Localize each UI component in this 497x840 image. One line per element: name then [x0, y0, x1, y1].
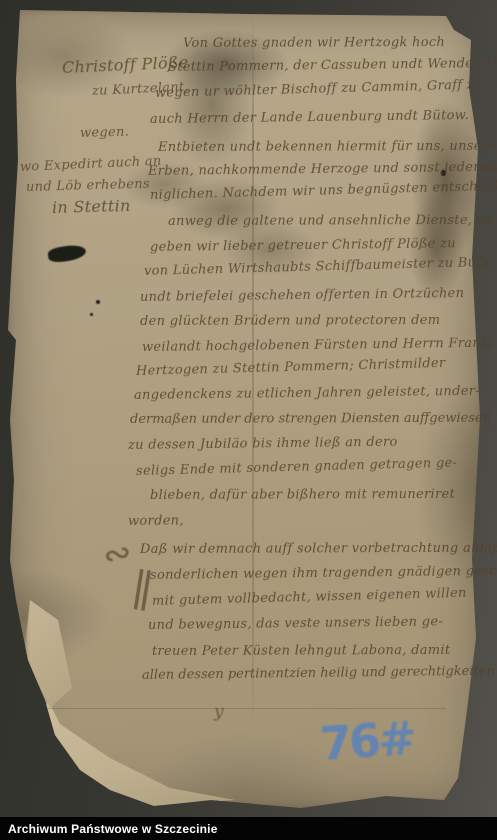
torn-corner-flap [40, 696, 240, 808]
manuscript-page [6, 8, 484, 810]
torn-edge-flap [24, 594, 84, 712]
fold-crease-vertical [252, 8, 254, 728]
archive-caption-label: Archiwum Państwowe w Szczecinie [0, 822, 218, 836]
fold-crease-horizontal [46, 708, 446, 709]
archive-caption-bar: Archiwum Państwowe w Szczecinie [0, 817, 497, 840]
paper-hole [90, 313, 93, 316]
paper-hole [441, 170, 446, 176]
paper-hole [47, 243, 87, 264]
scan-frame: Christoff Plöße zu Kurtzelant, wegen. wo… [0, 0, 497, 840]
archival-number-blue-crayon: 76# [318, 711, 415, 771]
paper-hole [96, 300, 100, 304]
